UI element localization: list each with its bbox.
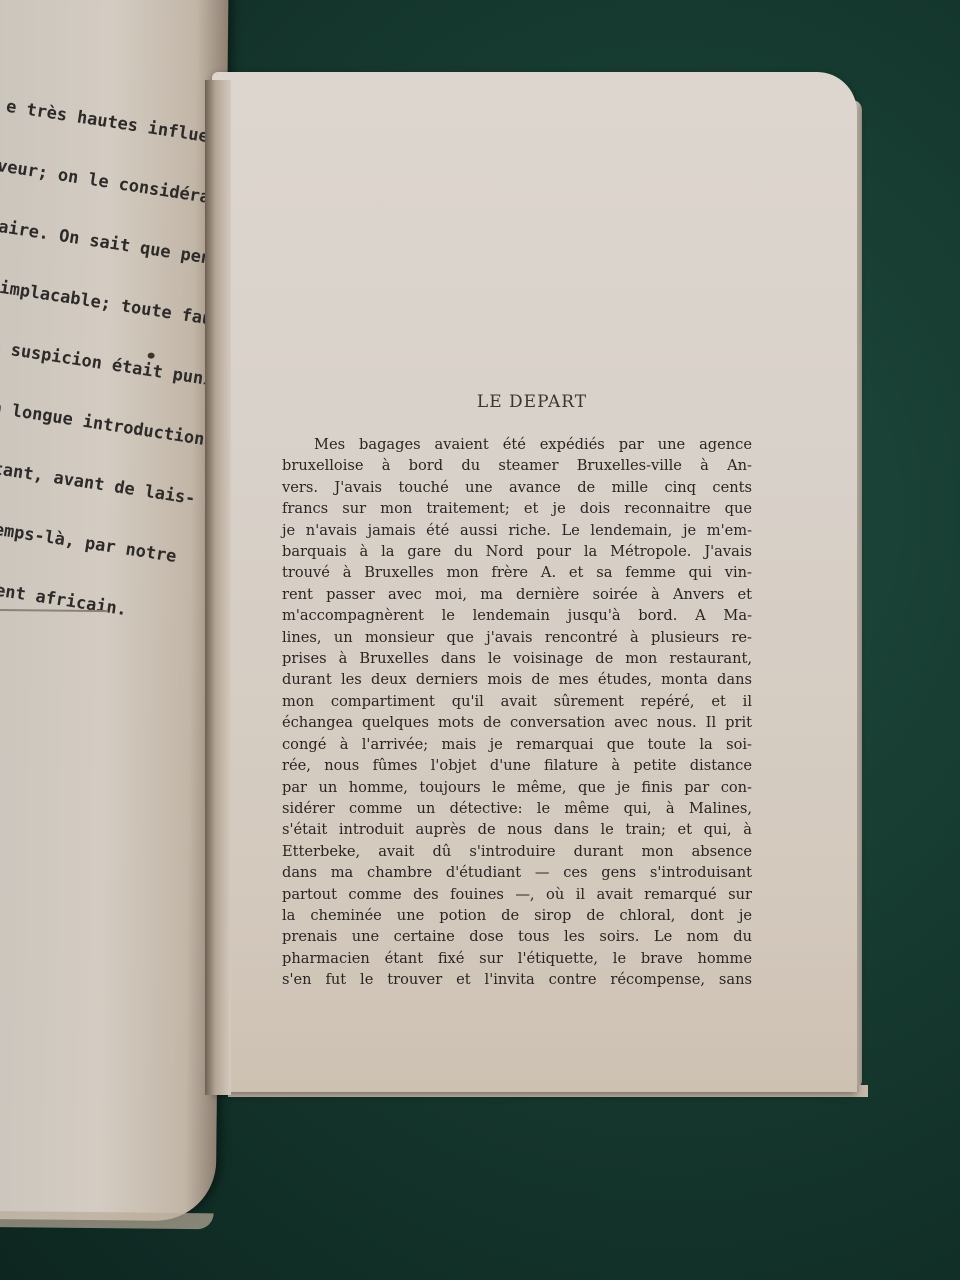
text-line: par un homme, toujours le même, que je f… bbox=[282, 777, 752, 798]
text-line: partout comme des fouines —, où il avait… bbox=[282, 884, 752, 905]
text-line: prenais une certaine dose tous les soirs… bbox=[282, 926, 752, 947]
text-line: sidérer comme un détective: le même qui,… bbox=[282, 798, 752, 819]
text-line: pharmacien étant fixé sur l'étiquette, l… bbox=[282, 948, 752, 969]
text-line: congé à l'arrivée; mais je remarquai que… bbox=[282, 734, 752, 755]
text-line: Mes bagages avaient été expédiés par une… bbox=[282, 434, 752, 455]
text-line: ces temps-là, par notre bbox=[0, 512, 143, 562]
text-line: veur; on le considérait bbox=[0, 156, 197, 206]
text-line: vers. J'avais touché une avance de mille… bbox=[282, 477, 752, 498]
text-line: mon compartiment qu'il avait sûrement re… bbox=[282, 691, 752, 712]
text-line: e très hautes influences bbox=[5, 97, 206, 147]
text-line: Etterbeke, avait dû s'introduire durant … bbox=[282, 841, 752, 862]
chapter-title: LE DEPART bbox=[312, 392, 752, 412]
text-line: t implacable; toute fau- bbox=[0, 275, 179, 325]
text-line: s'en fut le trouver et l'invita contre r… bbox=[282, 969, 752, 990]
text-line: continent africain. bbox=[0, 571, 134, 621]
text-line: pourtant, avant de lais- bbox=[0, 453, 152, 503]
text-line: je n'avais jamais été aussi riche. Le le… bbox=[282, 520, 752, 541]
chapter-paragraph: Mes bagages avaient été expédiés par une… bbox=[282, 434, 752, 991]
text-line: dans ma chambre d'étudiant — ces gens s'… bbox=[282, 862, 752, 883]
text-line: échangea quelques mots de conversation a… bbox=[282, 712, 752, 733]
text-line: trouvé à Bruxelles mon frère A. et sa fe… bbox=[282, 562, 752, 583]
text-line: francs sur mon traitement; et je dois re… bbox=[282, 498, 752, 519]
text-line: bien longue introduction bbox=[0, 393, 161, 443]
text-line: la cheminée une potion de sirop de chlor… bbox=[282, 905, 752, 926]
text-line: prises à Bruxelles dans le voisinage de … bbox=[282, 648, 752, 669]
ink-spot bbox=[148, 353, 155, 359]
text-line: m'accompagnèrent le lendemain jusqu'à bo… bbox=[282, 605, 752, 626]
text-line: rée, nous fûmes l'objet d'une filature à… bbox=[282, 755, 752, 776]
text-line: naire. On sait que pen- bbox=[0, 215, 188, 265]
left-book-page: e très hautes influences veur; on le con… bbox=[0, 0, 228, 1221]
text-line: une suspicion était punie bbox=[0, 334, 170, 384]
text-line: durant les deux derniers mois de mes étu… bbox=[282, 669, 752, 690]
book-gutter bbox=[205, 80, 231, 1095]
left-page-text: e très hautes influences veur; on le con… bbox=[0, 57, 211, 660]
right-page-text: LE DEPART Mes bagages avaient été expédi… bbox=[282, 392, 752, 991]
text-line: bruxelloise à bord du steamer Bruxelles-… bbox=[282, 455, 752, 476]
text-line: rent passer avec moi, ma dernière soirée… bbox=[282, 584, 752, 605]
text-line: lines, un monsieur que j'avais rencontré… bbox=[282, 627, 752, 648]
text-line: barquais à la gare du Nord pour la Métro… bbox=[282, 541, 752, 562]
text-line: s'était introduit auprès de nous dans le… bbox=[282, 819, 752, 840]
